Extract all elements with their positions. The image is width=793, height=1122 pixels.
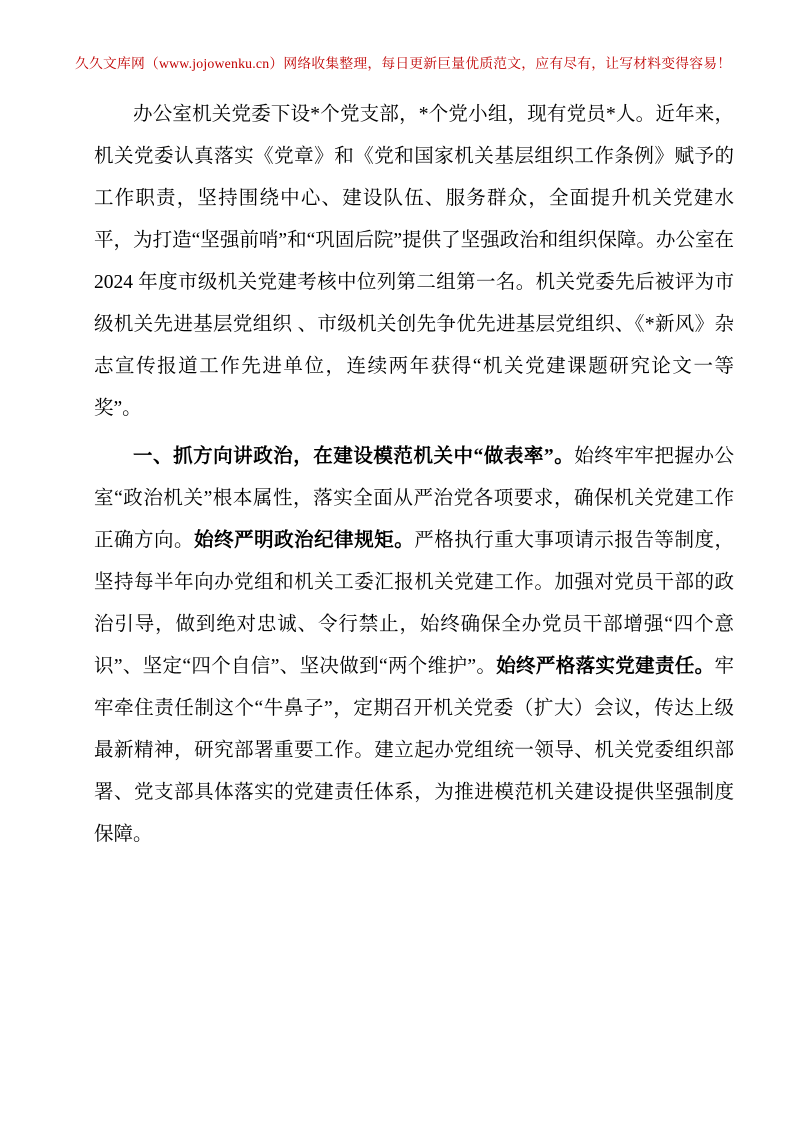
section-one-heading: 一、抓方向讲政治，在建设模范机关中“做表率”。: [133, 446, 574, 467]
paragraph-section-one: 一、抓方向讲政治，在建设模范机关中“做表率”。始终牢牢把握办公室“政治机关”根本…: [94, 436, 734, 856]
section-one-text-b: 严格执行重大事项请示报告等制度，坚持每半年向办党组和机关工委汇报机关党建工作。加…: [94, 530, 734, 677]
section-one-subheading-discipline: 始终严明政治纪律规矩。: [194, 530, 414, 551]
watermark-header: 久久文库网（www.jojowenku.cn）网络收集整理，每日更新巨量优质范文…: [75, 52, 755, 72]
paragraph-intro: 办公室机关党委下设*个党支部，*个党小组，现有党员*人。近年来，机关党委认真落实…: [94, 94, 734, 430]
intro-text: 办公室机关党委下设*个党支部，*个党小组，现有党员*人。近年来，机关党委认真落实…: [94, 104, 734, 419]
section-one-subheading-responsibility: 始终严格落实党建责任。: [496, 656, 714, 677]
document-page: 久久文库网（www.jojowenku.cn）网络收集整理，每日更新巨量优质范文…: [0, 0, 793, 1122]
watermark-notice-text: 久久文库网（www.jojowenku.cn）网络收集整理，每日更新巨量优质范文…: [75, 56, 731, 71]
section-one-text-c: 牢牢牵住责任制这个“牛鼻子”，定期召开机关党委（扩大）会议，传达上级最新精神，研…: [94, 656, 734, 845]
document-body: 办公室机关党委下设*个党支部，*个党小组，现有党员*人。近年来，机关党委认真落实…: [94, 94, 734, 856]
